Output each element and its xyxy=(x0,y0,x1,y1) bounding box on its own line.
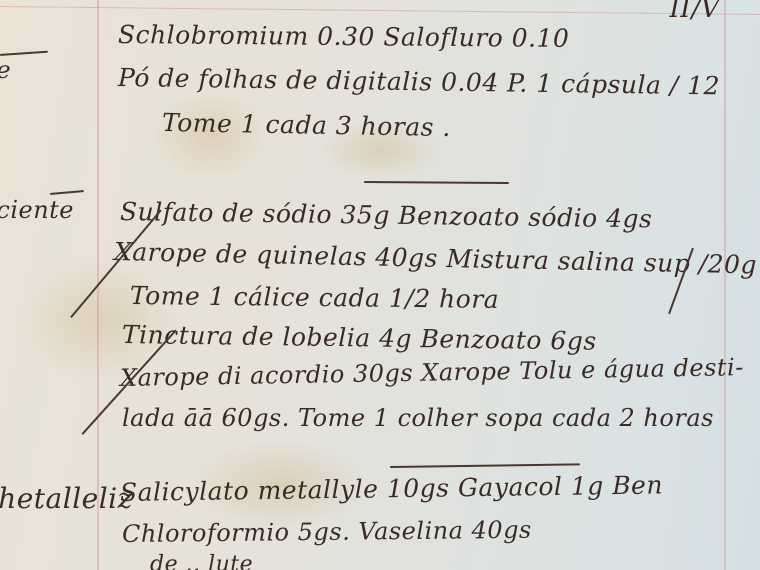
rx1-line-3: Tome 1 cada 3 horas . xyxy=(162,108,451,142)
rx2-line-4: Tinctura de lobelia 4g Benzoato 6gs xyxy=(122,320,597,356)
manuscript-page: ꟾꟾ/V —e ...ciente ...hetalleliz Schlobro… xyxy=(0,0,760,570)
rx1-line-1: Schlobromium 0.30 Salofluro 0.10 xyxy=(118,20,570,53)
rx2-line-1: Sulfato de sódio 35g Benzoato sódio 4gs xyxy=(120,197,653,233)
rx2-line-5: Xarope di acordio 30gs Xarope Tolu e águ… xyxy=(120,353,744,392)
rx2-overline xyxy=(364,181,509,184)
rx2-line-2: Xarope de quinelas 40gs Mistura salina s… xyxy=(114,237,758,279)
margin-note-1: —e xyxy=(0,56,11,84)
rx3-line-2: Chloroformio 5gs. Vaselina 40gs xyxy=(122,516,532,548)
rx3-line-3: de .. lute xyxy=(150,552,253,570)
top-rule xyxy=(0,6,760,15)
rx3-overline xyxy=(390,463,580,468)
margin-rule-right xyxy=(724,0,726,570)
margin-underline-1 xyxy=(0,51,48,56)
margin-note-2: ...ciente xyxy=(0,196,74,224)
rx3-line-1: Salicylato metallyle 10gs Gayacol 1g Ben xyxy=(120,470,663,507)
rx2-line-6: lada āā 60gs. Tome 1 colher sopa cada 2 … xyxy=(122,404,714,432)
top-right-mark: ꟾꟾ/V xyxy=(670,0,720,24)
margin-underline-2 xyxy=(50,190,84,195)
margin-note-3: ...hetalleliz xyxy=(0,482,133,515)
rx2-line-3: Tome 1 cálice cada 1/2 hora xyxy=(130,281,499,314)
